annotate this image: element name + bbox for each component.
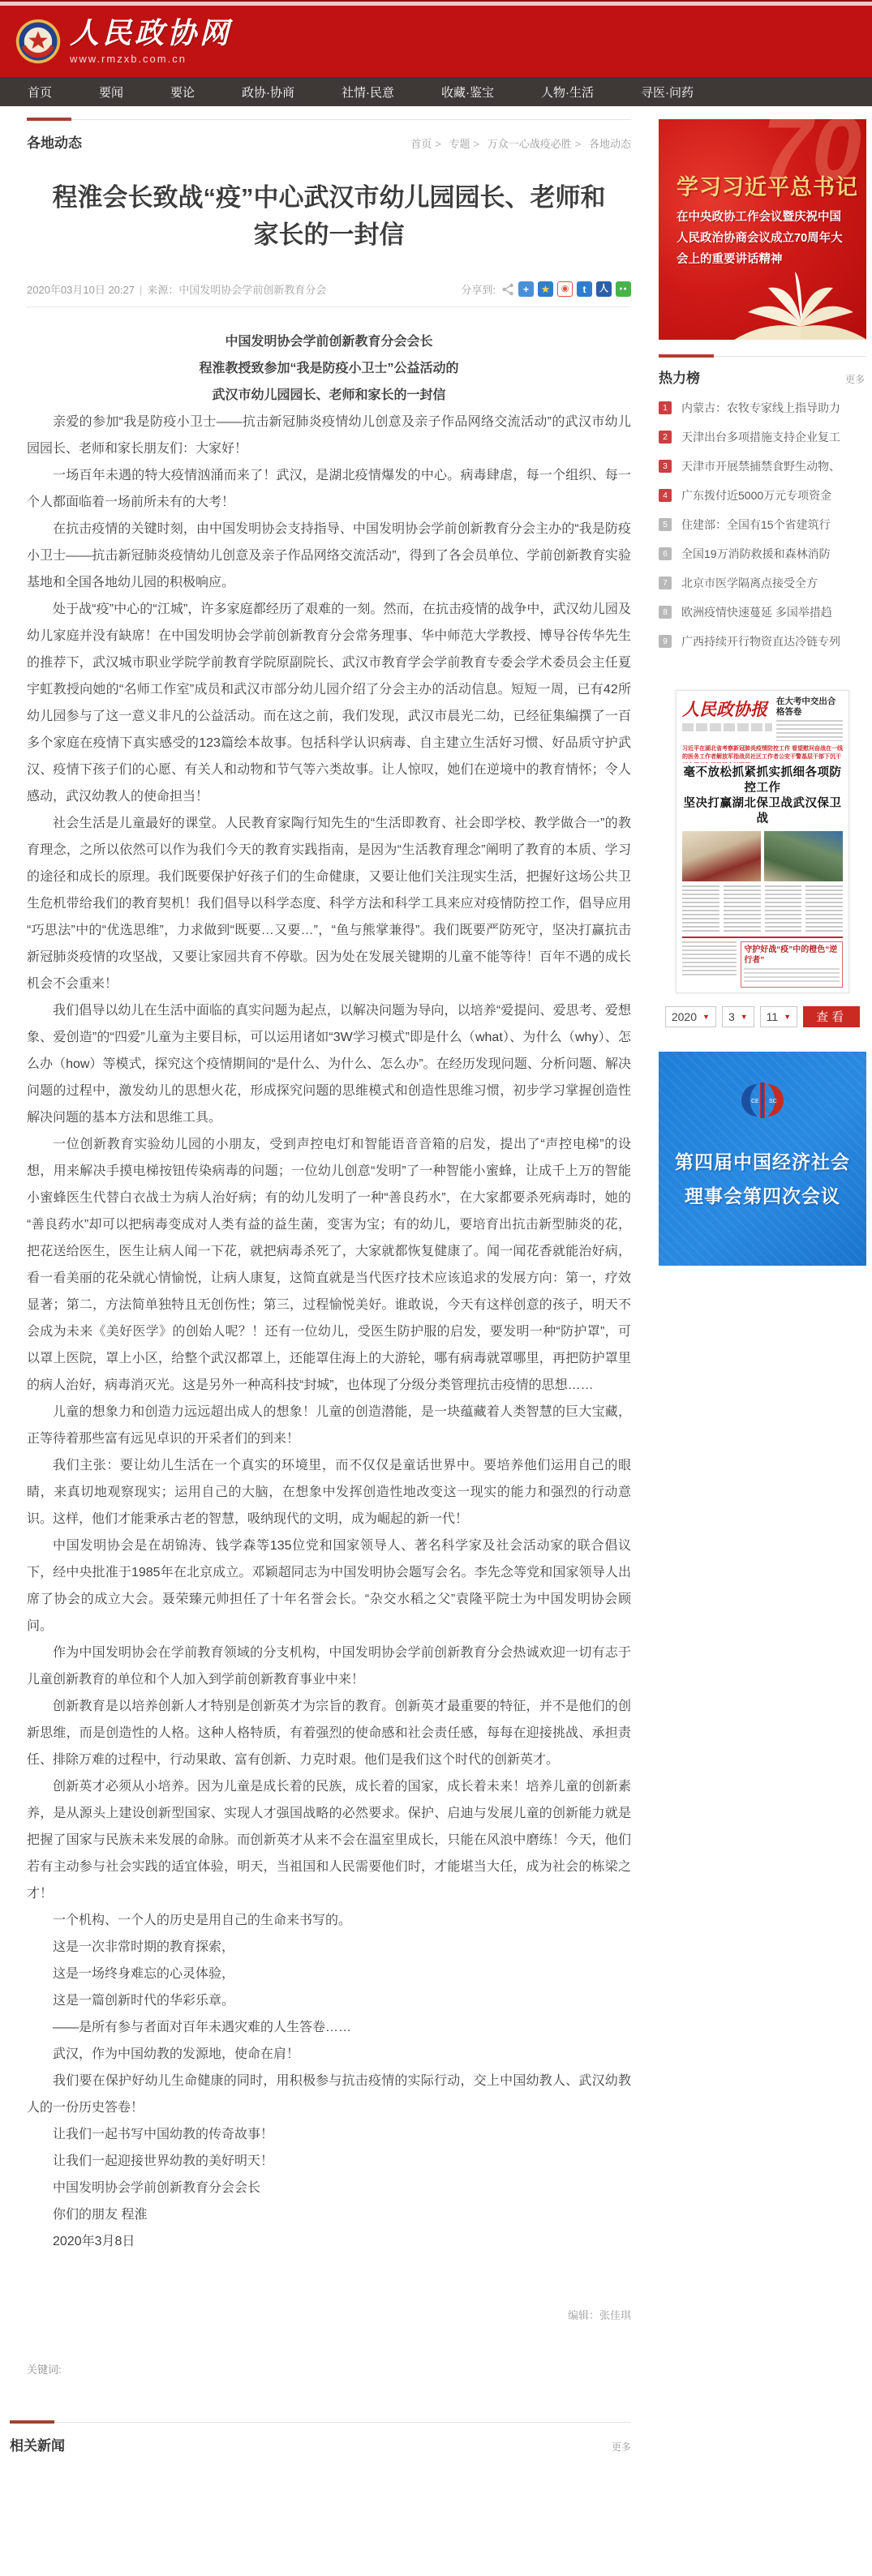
- content-area: 各地动态 首页> 专题> 万众一心战疫必胜> 各地动态> 程淮会长致战“疫”中心…: [0, 106, 872, 2377]
- article-paragraph: 2020年3月8日: [27, 2228, 631, 2255]
- nav-item[interactable]: 人物·生活: [541, 84, 594, 101]
- article-paragraph: 一场百年未遇的特大疫情汹涌而来了！武汉，是湖北疫情爆发的中心。病毒肆虐，每一个组…: [27, 462, 631, 516]
- epaper-date-picker: 2020▼ 3▼ 11▼ 查看: [659, 1006, 866, 1027]
- banner1-subtitle: 在中央政协工作会议暨庆祝中国人民政治协商会议成立70周年大会上的重要讲话精神: [677, 207, 851, 270]
- svg-text:CE: CE: [751, 1099, 759, 1104]
- hot-item-text: 内蒙古：农牧专家线上指导助力: [681, 400, 840, 416]
- banner2-title-line2: 理事会第四次会议: [659, 1181, 866, 1208]
- article-paragraph: 一个机构、一个人的历史是用自己的生命来书写的。: [27, 1907, 631, 1934]
- nav-list: 首页 要闻 要论 政协·协商 社情·民意 收藏·鉴宝 人物·生活 寻医·问药: [28, 84, 741, 101]
- share-box: 分享到: + ★ ◉ t 人 ●●: [461, 281, 631, 297]
- sidebar: 70 学习习近平总书记 在中央政协工作会议暨庆祝中国人民政治协商会议成立70周年…: [659, 119, 866, 1266]
- article-paragraph: ——是所有参与者面对百年未遇灾难的人生答卷……: [27, 2014, 631, 2041]
- article-source[interactable]: 来源：中国发明协会学前创新教育分会: [147, 284, 326, 296]
- letter-heading-line: 武汉市幼儿园园长、老师和家长的一封信: [27, 382, 631, 409]
- site-logo[interactable]: 人民政协网 www.rmzxb.com.cn: [15, 18, 232, 65]
- article-paragraph: 创新教育是以培养创新人才特别是创新英才为宗旨的教育。创新英才最重要的特征，并不是…: [27, 1693, 631, 1773]
- article-paragraph: 儿童的想象力和创造力远远超出成人的想象！儿童的创造潜能，是一块蕴藏着人类智慧的巨…: [27, 1399, 631, 1452]
- site-url: www.rmzxb.com.cn: [70, 54, 232, 64]
- rank-badge: 2: [659, 431, 672, 444]
- share-label: 分享到:: [461, 281, 496, 297]
- related-more-link[interactable]: 更多: [612, 2440, 631, 2454]
- nav-item[interactable]: 政协·协商: [242, 84, 294, 101]
- related-divider: [10, 2422, 631, 2423]
- share-wechat-icon[interactable]: ●●: [616, 281, 631, 297]
- epaper-red-kicker: 习近平在湖北省考察新冠肺炎疫情防控工作 看望慰问奋战在一线的医务工作者解放军指战…: [682, 745, 843, 763]
- main-nav: 首页 要闻 要论 政协·协商 社情·民意 收藏·鉴宝 人物·生活 寻医·问药: [0, 77, 872, 106]
- letter-heading: 中国发明协会学前创新教育分会会长 程淮教授致参加“我是防疫小卫士”公益活动的 武…: [27, 328, 631, 409]
- related-news-title: 相关新闻: [10, 2434, 65, 2454]
- rank-badge: 6: [659, 547, 672, 560]
- chevron-down-icon: ▼: [784, 1013, 791, 1021]
- epaper-body-columns: [682, 885, 843, 932]
- breadcrumb-item[interactable]: 万众一心战疫必胜: [488, 138, 572, 150]
- study-speech-banner[interactable]: 70 学习习近平总书记 在中央政协工作会议暨庆祝中国人民政治协商会议成立70周年…: [659, 119, 866, 340]
- letter-heading-line: 中国发明协会学前创新教育分会会长: [27, 328, 631, 355]
- article-paragraph: 这是一场终身难忘的心灵体验，: [27, 1961, 631, 1987]
- article-paragraph: 中国发明协会学前创新教育分会会长: [27, 2175, 631, 2201]
- article-body: 中国发明协会学前创新教育分会会长 程淮教授致参加“我是防疫小卫士”公益活动的 武…: [27, 328, 631, 2329]
- hot-list-item[interactable]: 1 内蒙古：农牧专家线上指导助力: [659, 393, 866, 422]
- banner1-title: 学习习近平总书记: [677, 169, 858, 201]
- article-paragraph: 作为中国发明协会在学前教育领域的分支机构，中国发明协会学前创新教育分会热诚欢迎一…: [27, 1639, 631, 1693]
- article-paragraph: 亲爱的参加“我是防疫小卫士——抗击新冠肺炎疫情幼儿创意及亲子作品网络交流活动”的…: [27, 409, 631, 462]
- article-paragraph: 武汉，作为中国幼教的发源地，使命在肩！: [27, 2041, 631, 2068]
- article-paragraph: 一位创新教育实验幼儿园的小朋友，受到声控电灯和智能语音音箱的启发，提出了“声控电…: [27, 1131, 631, 1399]
- chevron-down-icon: ▼: [702, 1013, 710, 1021]
- cesc-meeting-banner[interactable]: CE SC 第四届中国经济社会 理事会第四次会议: [659, 1052, 866, 1266]
- epaper-bottom-left-filler: [682, 941, 737, 977]
- month-select[interactable]: 3▼: [722, 1006, 754, 1027]
- article-paragraph: 我们主张：要让幼儿生活在一个真实的环境里，而不仅仅是童话世界中。要培养他们运用自…: [27, 1452, 631, 1532]
- letter-paragraphs: 亲爱的参加“我是防疫小卫士——抗击新冠肺炎疫情幼儿创意及亲子作品网络交流活动”的…: [27, 409, 631, 2255]
- breadcrumb-separator: >: [575, 138, 582, 150]
- nav-item[interactable]: 首页: [28, 84, 52, 101]
- share-sina-weibo-icon[interactable]: ◉: [557, 281, 573, 297]
- rank-badge: 4: [659, 489, 672, 502]
- related-news-section: 相关新闻 更多: [0, 2422, 631, 2484]
- hot-ranking-title: 热力榜: [659, 366, 700, 387]
- hot-list-item[interactable]: 6 全国19万消防救援和森林消防: [659, 539, 866, 568]
- nav-item[interactable]: 要论: [170, 84, 195, 101]
- hot-list-item[interactable]: 9 广西持续开行物资直达冷链专列: [659, 627, 866, 656]
- hot-list-item[interactable]: 8 欧洲疫情快速蔓延 多国举措趋: [659, 598, 866, 627]
- nav-item[interactable]: 收藏·鉴宝: [441, 84, 494, 101]
- open-book-icon: [724, 264, 866, 340]
- epaper-top-headline: 在大考中交出合格答卷: [776, 697, 843, 718]
- article-paragraph: 创新英才必须从小培养。因为儿童是成长着的民族，成长着的国家，成长着未来！培养儿童…: [27, 1773, 631, 1907]
- rank-badge: 9: [659, 635, 672, 648]
- epaper-main-headline-line1: 毫不放松抓紧抓实抓细各项防控工作: [682, 765, 843, 796]
- share-tencent-weibo-icon[interactable]: t: [577, 281, 592, 297]
- article-paragraph: 你们的朋友 程淮: [27, 2201, 631, 2228]
- article-paragraph: 这是一篇创新时代的华彩乐章。: [27, 1987, 631, 2014]
- article-paragraph: 这是一次非常时期的教育探索，: [27, 1934, 631, 1961]
- section-label: 各地动态: [27, 131, 82, 152]
- rank-badge: 5: [659, 518, 672, 531]
- share-nodes-icon[interactable]: [501, 283, 514, 296]
- article-title: 程淮会长致战“疫”中心武汉市幼儿园园长、老师和家长的一封信: [45, 179, 613, 254]
- meta-separator: |: [140, 284, 142, 296]
- epaper-masthead-subline: [682, 723, 772, 731]
- epaper-front-page[interactable]: 人民政协报 在大考中交出合格答卷 习近平在湖北省考察新冠肺炎疫情防控工作 看望慰…: [676, 690, 849, 993]
- nav-item[interactable]: 寻医·问药: [641, 84, 694, 101]
- article-date: 2020年03月10日 20:27: [27, 284, 135, 296]
- svg-text:SC: SC: [769, 1099, 777, 1104]
- breadcrumb-separator: >: [474, 138, 480, 150]
- hot-item-text: 天津出台多项措施支持企业复工: [681, 429, 840, 445]
- main-column: 各地动态 首页> 专题> 万众一心战疫必胜> 各地动态> 程淮会长致战“疫”中心…: [27, 119, 631, 2377]
- breadcrumb-separator: >: [435, 138, 441, 150]
- share-more-icon[interactable]: +: [518, 281, 534, 297]
- view-epaper-button[interactable]: 查看: [803, 1006, 860, 1027]
- share-qzone-icon[interactable]: ★: [538, 281, 553, 297]
- rank-badge: 1: [659, 401, 672, 414]
- hot-section-divider: [659, 356, 866, 357]
- epaper-bottom-headline: 守护好战“疫”中的橙色“逆行者”: [744, 945, 840, 966]
- epaper-main-headline-line2: 坚决打赢湖北保卫战武汉保卫战: [682, 796, 843, 827]
- rank-badge: 3: [659, 460, 672, 473]
- cesc-logo-icon: CE SC: [740, 1081, 785, 1120]
- epaper-masthead: 人民政协报: [682, 697, 772, 721]
- article-paragraph: 社会生活是儿童最好的课堂。人民教育家陶行知先生的“生活即教育、社会即学校、教学做…: [27, 810, 631, 997]
- hot-item-text: 全国19万消防救援和森林消防: [681, 546, 831, 562]
- breadcrumb-item[interactable]: 专题: [449, 138, 470, 150]
- article-paragraph: 让我们一起迎接世界幼教的美好明天！: [27, 2148, 631, 2175]
- breadcrumb: 首页> 专题> 万众一心战疫必胜> 各地动态>: [409, 135, 631, 151]
- chevron-down-icon: ▼: [741, 1013, 748, 1021]
- hot-item-text: 广西持续开行物资直达冷链专列: [681, 633, 840, 649]
- hot-list-item[interactable]: 5 住建部：全国有15个省建筑行: [659, 510, 866, 539]
- hot-item-text: 住建部：全国有15个省建筑行: [681, 516, 831, 533]
- epaper-photo-right: [764, 831, 843, 881]
- cppcc-emblem-icon: [15, 18, 62, 65]
- keywords-label: 关键词:: [27, 2361, 631, 2377]
- epaper-bottom-filler: [744, 968, 840, 984]
- hot-list-item[interactable]: 4 广东拨付近5000万元专项资金: [659, 481, 866, 510]
- article-paragraph: 处于战“疫”中心的“江城”，许多家庭都经历了艰难的一刻。然而，在抗击疫情的战争中…: [27, 596, 631, 810]
- hot-list-item[interactable]: 2 天津出台多项措施支持企业复工: [659, 422, 866, 452]
- banner2-title-line1: 第四届中国经济社会: [659, 1147, 866, 1174]
- article-paragraph: 中国发明协会是在胡锦涛、钱学森等135位党和国家领导人、著名科学家及社会活动家的…: [27, 1532, 631, 1639]
- hot-item-text: 广东拨付近5000万元专项资金: [681, 487, 831, 504]
- breadcrumb-item[interactable]: 首页: [410, 138, 432, 150]
- hot-list-item[interactable]: 7 北京市医学隔离点接受全方: [659, 568, 866, 598]
- nav-item[interactable]: 社情·民意: [341, 84, 394, 101]
- hot-item-text: 北京市医学隔离点接受全方: [681, 575, 818, 591]
- top-strip: [0, 0, 872, 6]
- hot-list: 1 内蒙古：农牧专家线上指导助力 2 天津出台多项措施支持企业复工 3 天津市开…: [659, 393, 866, 656]
- site-header: 人民政协网 www.rmzxb.com.cn: [0, 6, 872, 77]
- year-select[interactable]: 2020▼: [665, 1006, 716, 1027]
- section-divider: [27, 119, 631, 120]
- share-renren-icon[interactable]: 人: [596, 281, 612, 297]
- epaper-photo-left: [682, 831, 761, 881]
- hot-more-link[interactable]: 更多: [845, 372, 865, 386]
- letter-heading-line: 程淮教授致参加“我是防疫小卫士”公益活动的: [27, 355, 631, 382]
- hot-item-text: 天津市开展禁捕禁食野生动物、: [681, 458, 840, 474]
- article-meta: 2020年03月10日 20:27|来源：中国发明协会学前创新教育分会 分享到:…: [27, 281, 631, 307]
- editor-credit: 编辑：张佳琪: [27, 2302, 631, 2329]
- day-select[interactable]: 11▼: [760, 1006, 797, 1027]
- article-paragraph: 我们要在保护好幼儿生命健康的同时，用积极参与抗击疫情的实际行动，交上中国幼教人、…: [27, 2068, 631, 2121]
- article-paragraph: 在抗击疫情的关键时刻，由中国发明协会支持指导、中国发明协会学前创新教育分会主办的…: [27, 516, 631, 596]
- rank-badge: 7: [659, 576, 672, 589]
- hot-ranking-section: 热力榜 更多 1 内蒙古：农牧专家线上指导助力 2 天津出台多项措施支持企业复工: [659, 356, 866, 656]
- hot-list-item[interactable]: 3 天津市开展禁捕禁食野生动物、: [659, 452, 866, 481]
- rank-badge: 8: [659, 606, 672, 619]
- article-paragraph: 我们倡导以幼儿在生活中面临的真实问题为起点，以解决问题为导向，以培养“爱提问、爱…: [27, 997, 631, 1131]
- hot-item-text: 欧洲疫情快速蔓延 多国举措趋: [681, 604, 832, 620]
- breadcrumb-item[interactable]: 各地动态: [589, 138, 631, 150]
- epaper-filler-text: [776, 720, 843, 741]
- article-paragraph: 让我们一起书写中国幼教的传奇故事！: [27, 2121, 631, 2148]
- site-name: 人民政协网: [70, 19, 232, 48]
- nav-item[interactable]: 要闻: [99, 84, 123, 101]
